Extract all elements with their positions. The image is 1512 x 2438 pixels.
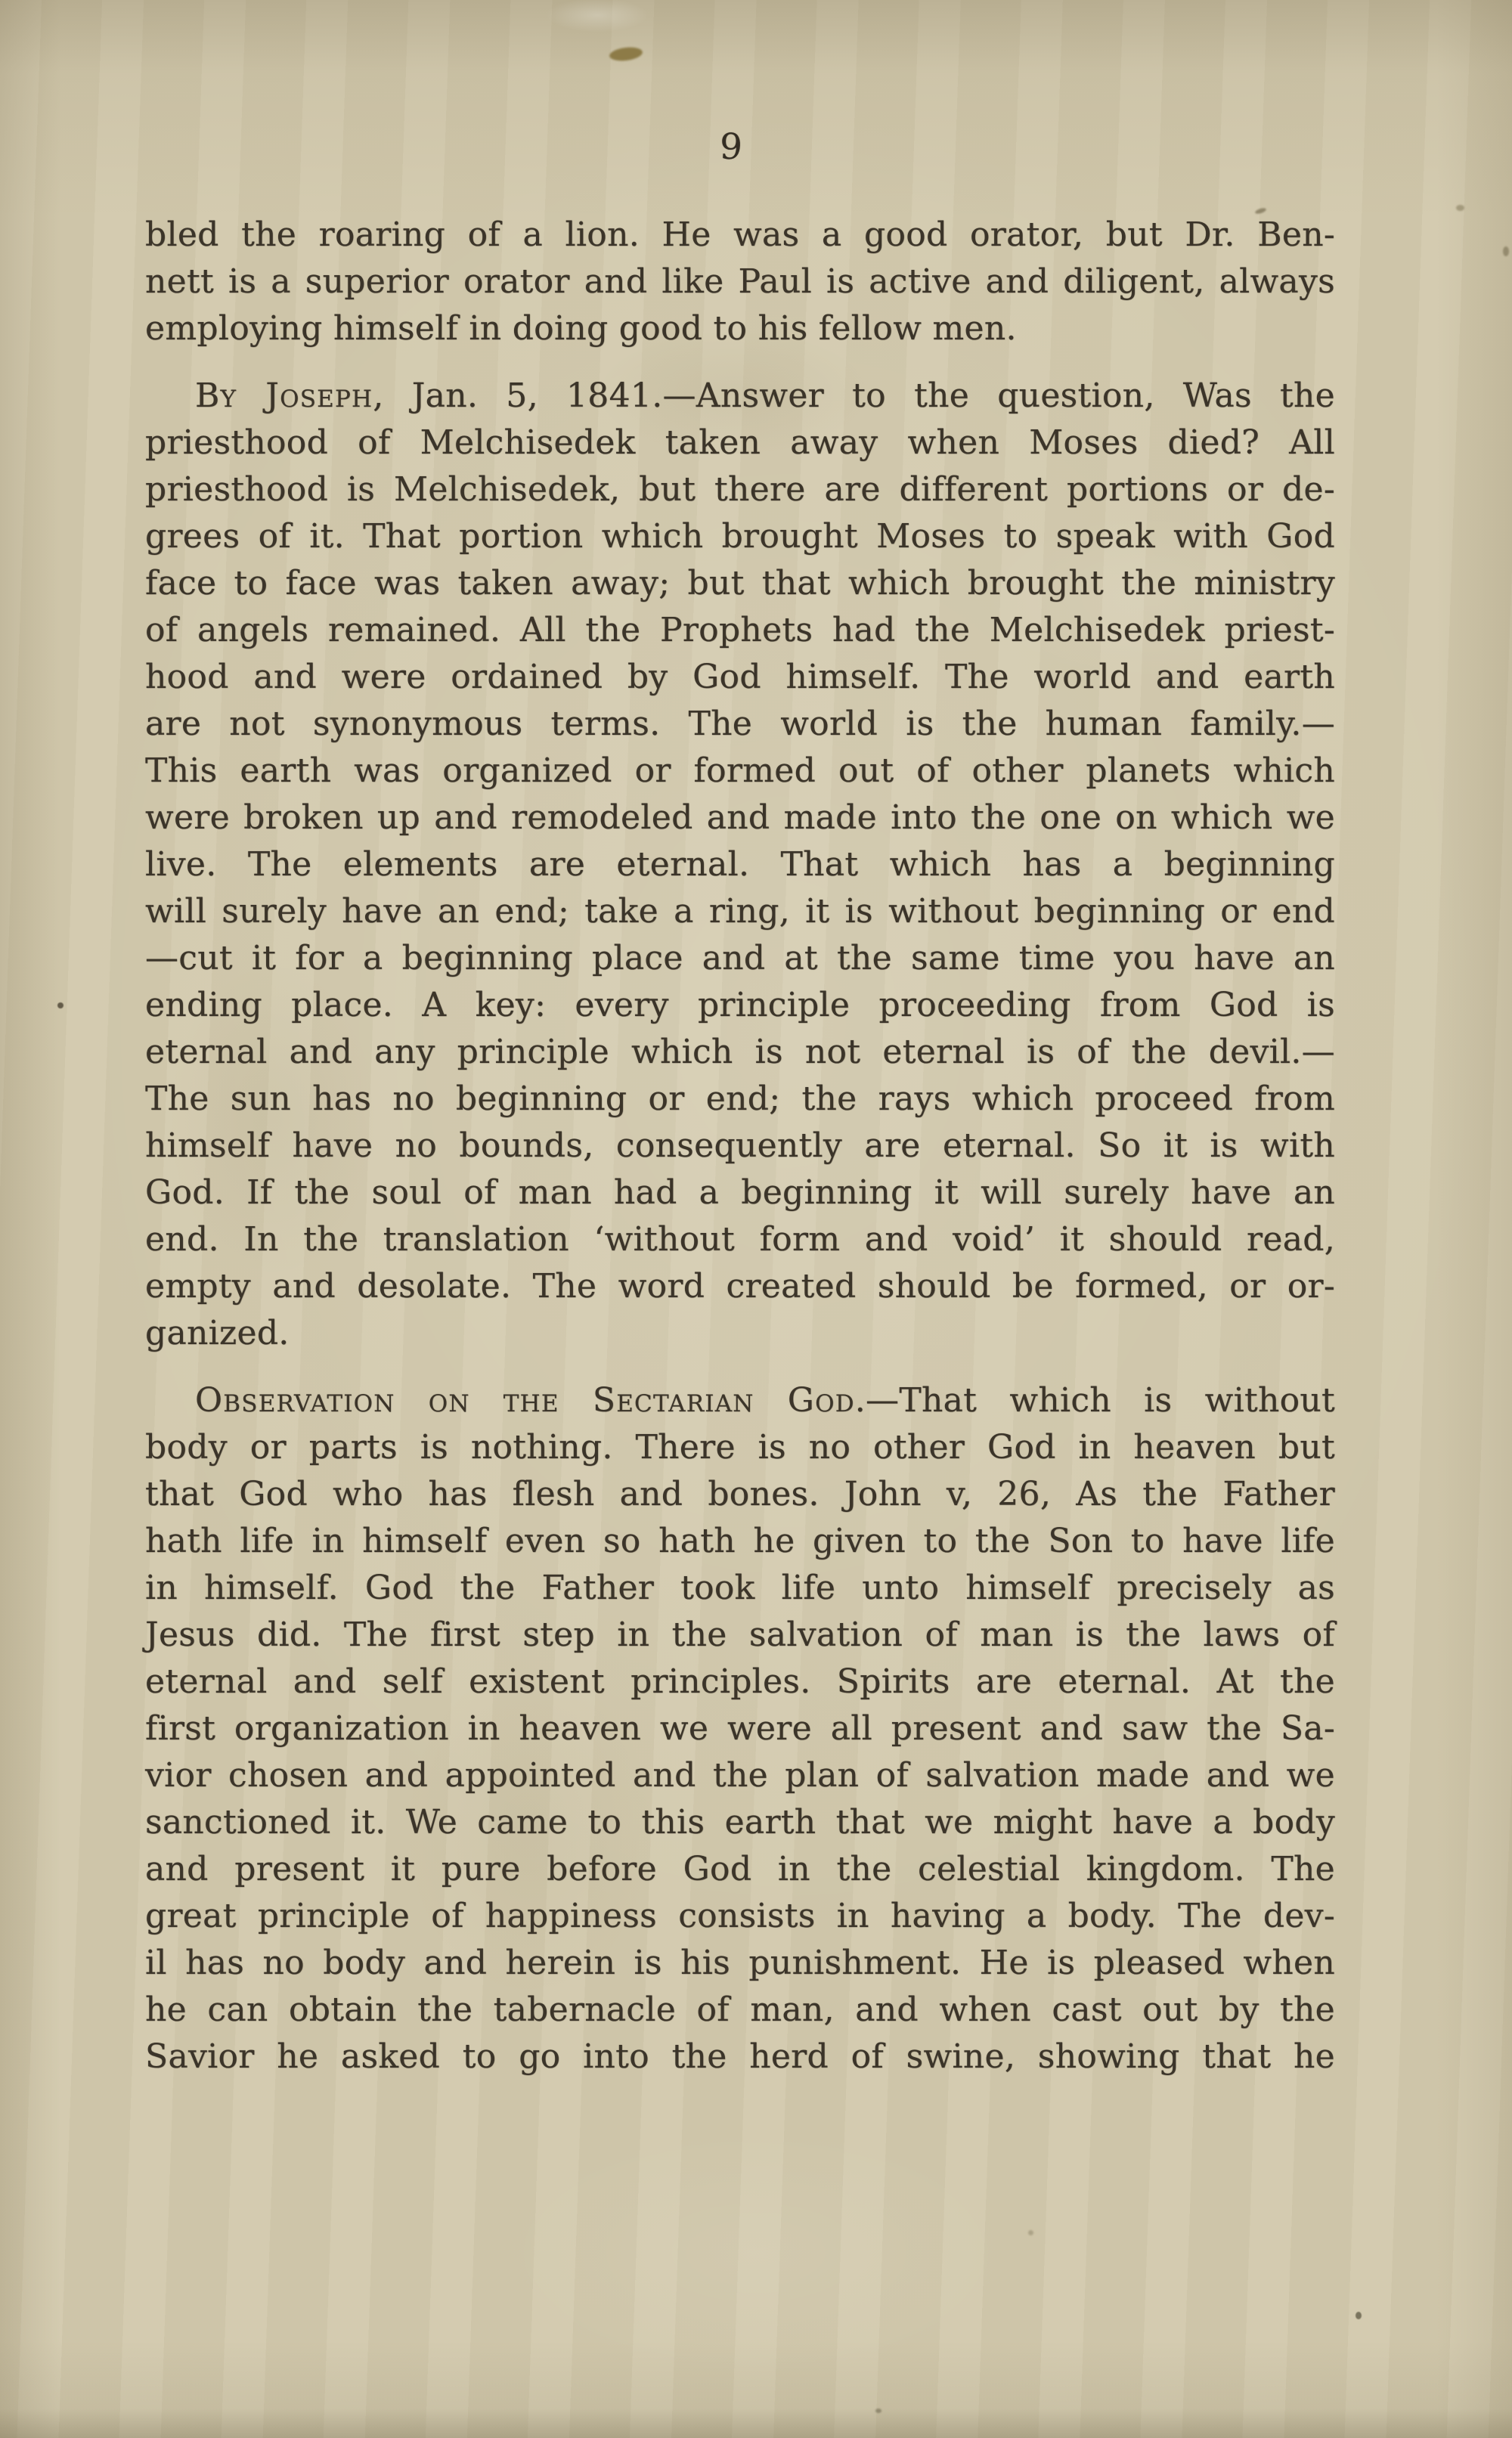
- text-line: in himself. God the Father took life unt…: [145, 1565, 1335, 1612]
- text-line: Savior he asked to go into the herd of s…: [145, 2034, 1335, 2080]
- ink-speck: [1503, 246, 1509, 256]
- ink-speck: [57, 1002, 64, 1008]
- paragraph: bled the roaring of a lion. He was a goo…: [145, 212, 1335, 352]
- text-line: il has no body and herein is his punishm…: [145, 1940, 1335, 1987]
- page-number: 9: [719, 128, 743, 166]
- text-line: will surely have an end; take a ring, it…: [145, 888, 1335, 935]
- ink-speck: [1356, 2312, 1362, 2319]
- text-line: of angels remained. All the Prophets had…: [145, 607, 1335, 654]
- text-line: are not synonymous terms. The world is t…: [145, 701, 1335, 748]
- small-caps-heading: By Joseph: [195, 376, 373, 415]
- text-line: vior chosen and appointed and the plan o…: [145, 1752, 1335, 1799]
- ink-speck: [1456, 205, 1464, 211]
- text-line: By Joseph, Jan. 5, 1841.—Answer to the q…: [145, 373, 1335, 420]
- paragraph: Observation on the Sectarian God.—That w…: [145, 1377, 1335, 2080]
- text-line: live. The elements are eternal. That whi…: [145, 841, 1335, 888]
- small-caps-heading: Observation on the Sectarian God: [195, 1381, 855, 1420]
- text-line: ending place. A key: every principle pro…: [145, 982, 1335, 1029]
- text-line: end. In the translation ‘without form an…: [145, 1216, 1335, 1263]
- text-line: priesthood is Melchisedek, but there are…: [145, 466, 1335, 513]
- text-line: eternal and self existent principles. Sp…: [145, 1659, 1335, 1705]
- scanned-book-page: 9 bled the roaring of a lion. He was a g…: [0, 0, 1512, 2438]
- text-line: The sun has no beginning or end; the ray…: [145, 1076, 1335, 1123]
- text-line: and present it pure before God in the ce…: [145, 1846, 1335, 1893]
- text-line: Jesus did. The first step in the salvati…: [145, 1612, 1335, 1659]
- text-line: ganized.: [145, 1310, 1335, 1357]
- text-line: he can obtain the tabernacle of man, and…: [145, 1987, 1335, 2034]
- paragraph: By Joseph, Jan. 5, 1841.—Answer to the q…: [145, 373, 1335, 1357]
- text-line: face to face was taken away; but that wh…: [145, 560, 1335, 607]
- text-line: priesthood of Melchisedek taken away whe…: [145, 420, 1335, 466]
- text-line: —cut it for a beginning place and at the…: [145, 935, 1335, 982]
- text-line: employing himself in doing good to his f…: [145, 305, 1335, 352]
- text-line: great principle of happiness consists in…: [145, 1893, 1335, 1940]
- text-line: sanctioned it. We came to this earth tha…: [145, 1799, 1335, 1846]
- text-line: body or parts is nothing. There is no ot…: [145, 1424, 1335, 1471]
- text-line: first organization in heaven we were all…: [145, 1705, 1335, 1752]
- text-line: that God who has flesh and bones. John v…: [145, 1471, 1335, 1518]
- ink-speck: [875, 2409, 881, 2413]
- text-line: empty and desolate. The word created sho…: [145, 1263, 1335, 1310]
- text-line: eternal and any principle which is not e…: [145, 1029, 1335, 1076]
- page-text-block: bled the roaring of a lion. He was a goo…: [145, 212, 1335, 2080]
- text-line: God. If the soul of man had a beginning …: [145, 1169, 1335, 1216]
- text-line: grees of it. That portion which brought …: [145, 513, 1335, 560]
- text-line: This earth was organized or formed out o…: [145, 748, 1335, 795]
- ink-speck: [1028, 2230, 1033, 2235]
- text-line: Observation on the Sectarian God.—That w…: [145, 1377, 1335, 1424]
- text-line: were broken up and remodeled and made in…: [145, 795, 1335, 841]
- ink-smudge-dash: [609, 45, 643, 62]
- text-line: nett is a superior orator and like Paul …: [145, 259, 1335, 305]
- text-line: bled the roaring of a lion. He was a goo…: [145, 212, 1335, 259]
- text-line: himself have no bounds, consequently are…: [145, 1123, 1335, 1169]
- text-line: hath life in himself even so hath he giv…: [145, 1518, 1335, 1565]
- text-line: hood and were ordained by God himself. T…: [145, 654, 1335, 701]
